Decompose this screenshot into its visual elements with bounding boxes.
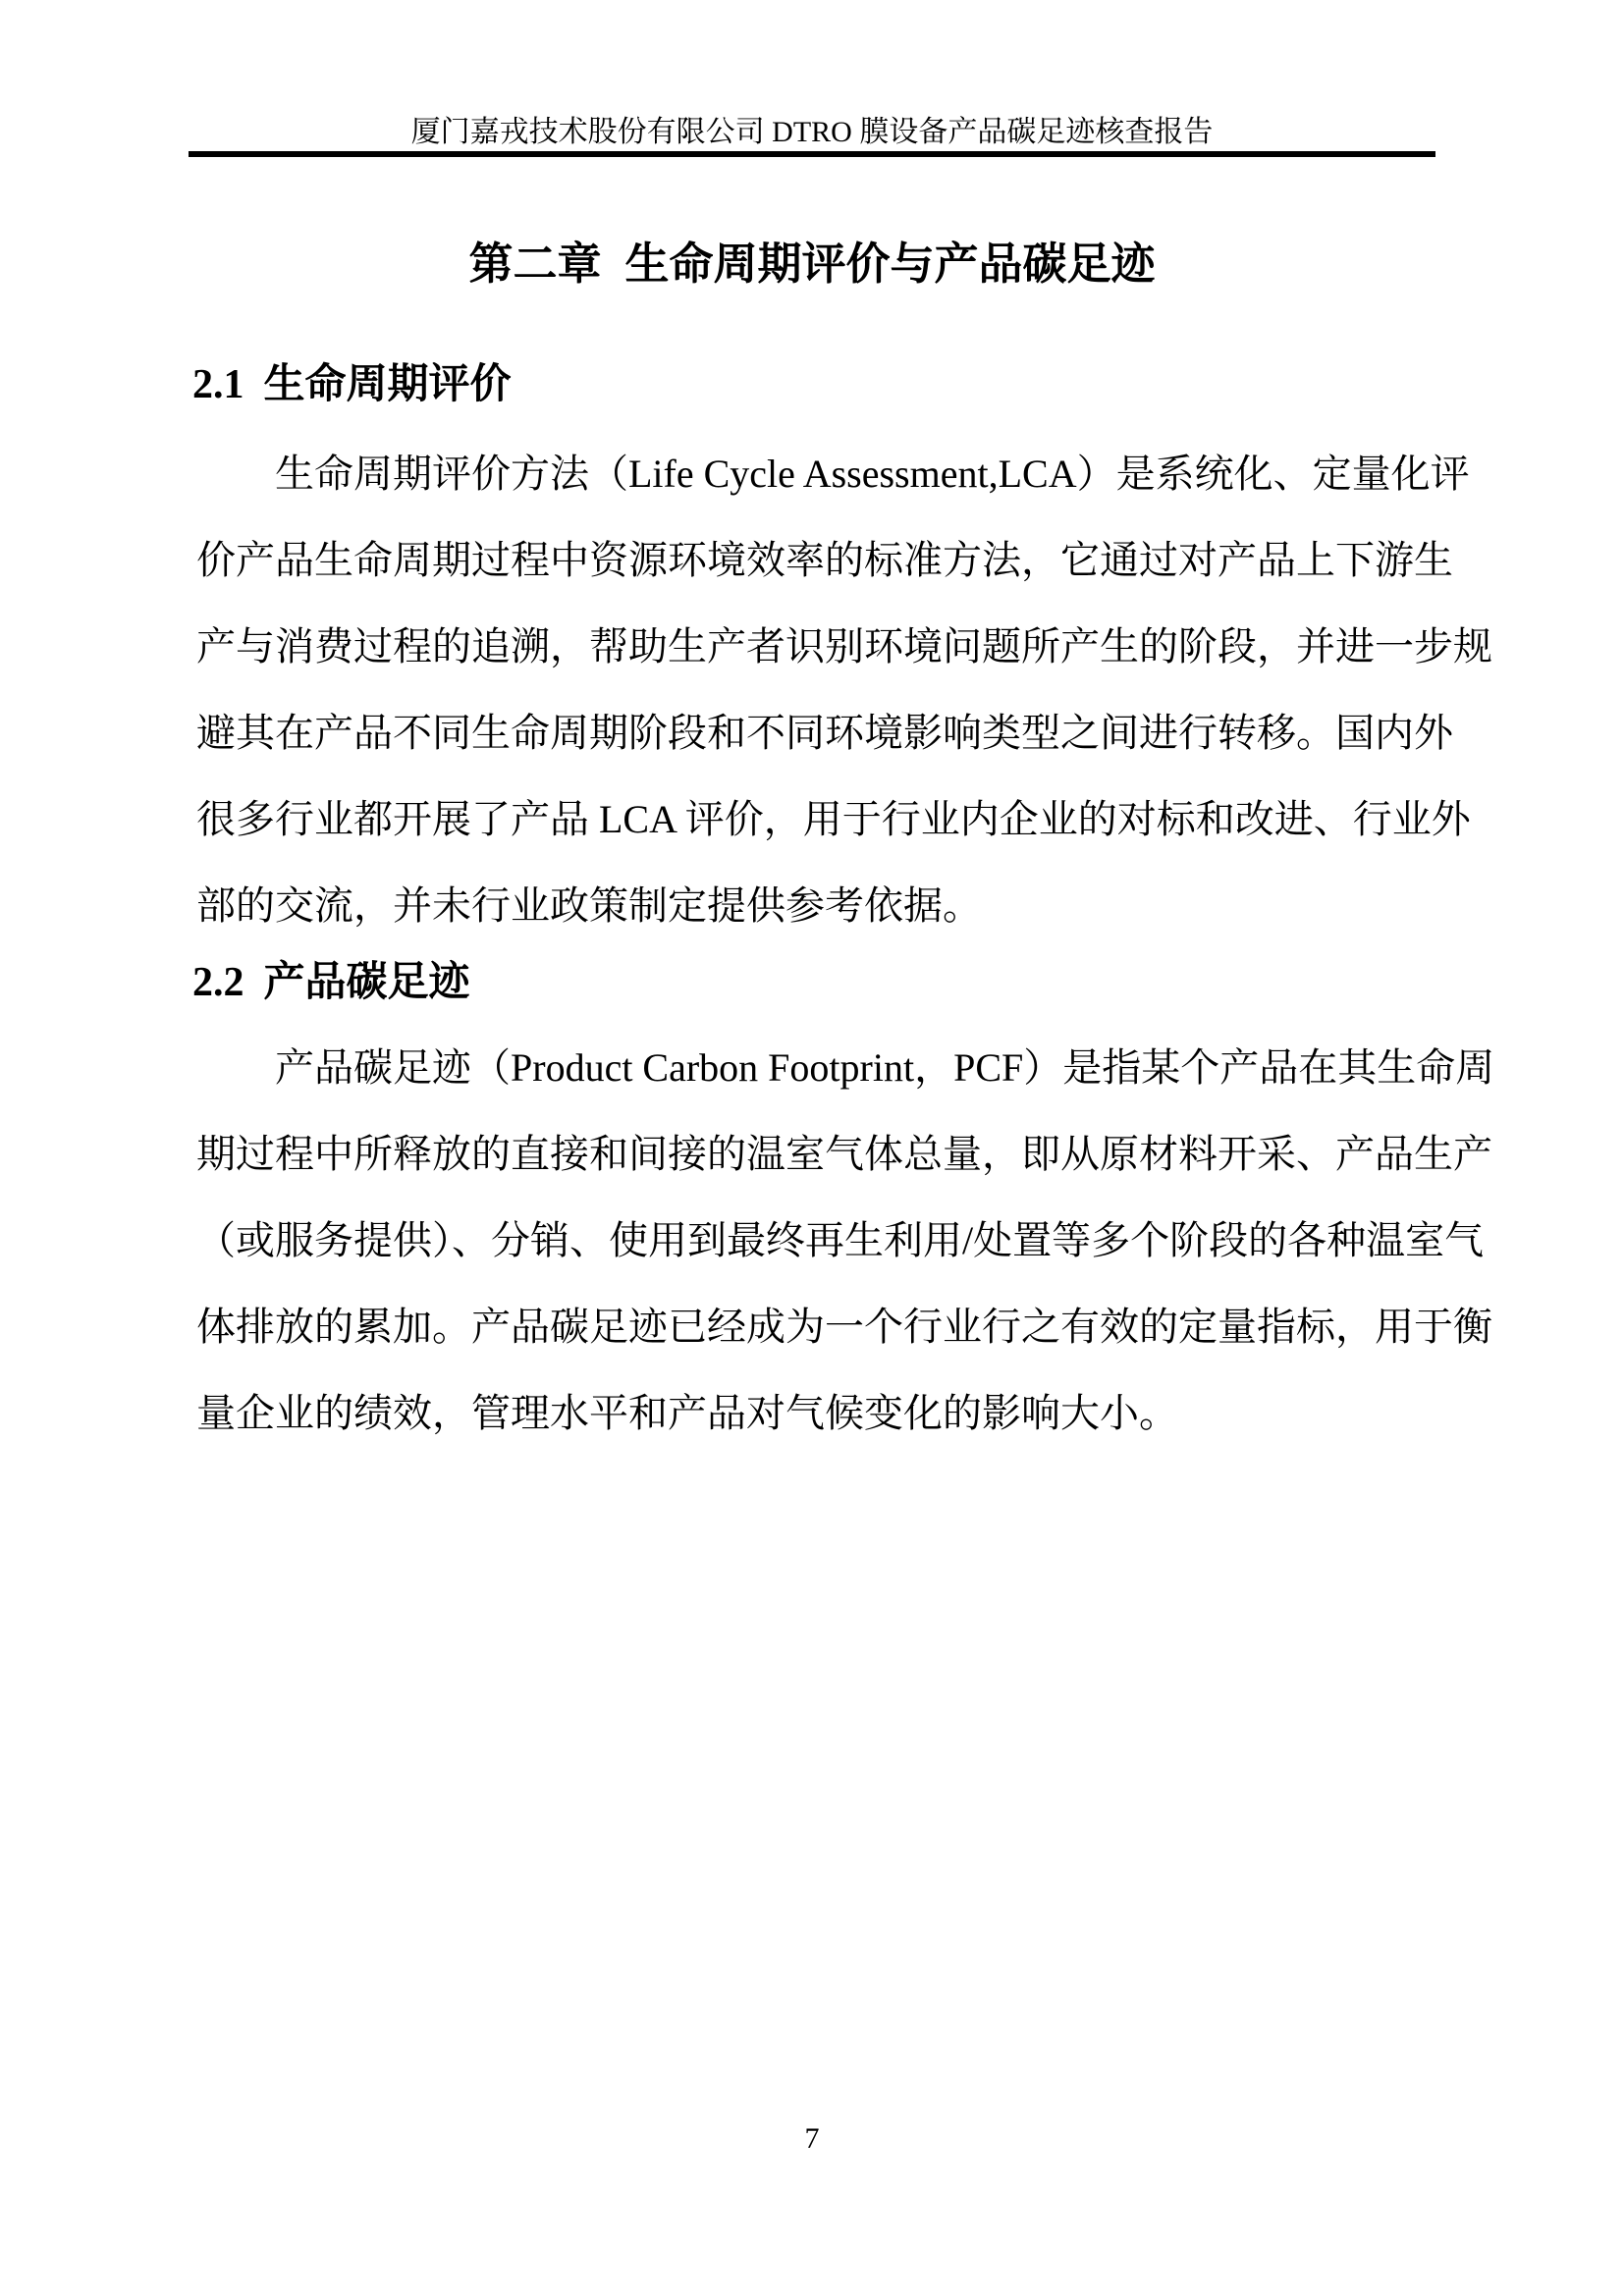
chapter-title: 第二章生命周期评价与产品碳足迹 bbox=[0, 240, 1624, 289]
text-line: 生命周期评价方法（Life Cycle Assessment,LCA）是系统化、… bbox=[196, 431, 1434, 517]
section-number: 2.2 bbox=[192, 960, 244, 1005]
section-heading-2-2: 2.2产品碳足迹 bbox=[192, 960, 1453, 1005]
text-line: 量企业的绩效，管理水平和产品对气候变化的影响大小。 bbox=[196, 1370, 1434, 1457]
section-heading-2-1: 2.1生命周期评价 bbox=[192, 362, 1453, 407]
page-header: 厦门嘉戎技术股份有限公司 DTRO 膜设备产品碳足迹核查报告 bbox=[189, 0, 1435, 157]
text-line: 期过程中所释放的直接和间接的温室气体总量，即从原材料开采、产品生产 bbox=[196, 1111, 1434, 1198]
text-line: 价产品生命周期过程中资源环境效率的标准方法，它通过对产品上下游生 bbox=[196, 517, 1434, 604]
text-line: 很多行业都开展了产品 LCA 评价，用于行业内企业的对标和改进、行业外 bbox=[196, 776, 1434, 863]
chapter-name: 生命周期评价与产品碳足迹 bbox=[625, 240, 1156, 289]
text-line: 部的交流，并未行业政策制定提供参考依据。 bbox=[196, 863, 1434, 949]
document-page: 厦门嘉戎技术股份有限公司 DTRO 膜设备产品碳足迹核查报告 第二章生命周期评价… bbox=[0, 0, 1624, 2296]
page-number: 7 bbox=[0, 2121, 1624, 2157]
chapter-number: 第二章 bbox=[468, 240, 601, 289]
section-title: 产品碳足迹 bbox=[264, 960, 470, 1005]
text-line: 避其在产品不同生命周期阶段和不同环境影响类型之间进行转移。国内外 bbox=[196, 690, 1434, 776]
section-number: 2.1 bbox=[192, 362, 244, 407]
header-text: 厦门嘉戎技术股份有限公司 DTRO 膜设备产品碳足迹核查报告 bbox=[411, 116, 1214, 148]
paragraph-pcf: 产品碳足迹（Product Carbon Footprint，PCF）是指某个产… bbox=[196, 1025, 1434, 1457]
text-line: 产与消费过程的追溯，帮助生产者识别环境问题所产生的阶段，并进一步规 bbox=[196, 604, 1434, 690]
text-line: （或服务提供）、分销、使用到最终再生利用/处置等多个阶段的各种温室气 bbox=[196, 1198, 1434, 1284]
section-title: 生命周期评价 bbox=[264, 362, 512, 407]
paragraph-lca: 生命周期评价方法（Life Cycle Assessment,LCA）是系统化、… bbox=[196, 431, 1434, 949]
text-line: 体排放的累加。产品碳足迹已经成为一个行业行之有效的定量指标，用于衡 bbox=[196, 1284, 1434, 1370]
text-line: 产品碳足迹（Product Carbon Footprint，PCF）是指某个产… bbox=[196, 1025, 1434, 1111]
